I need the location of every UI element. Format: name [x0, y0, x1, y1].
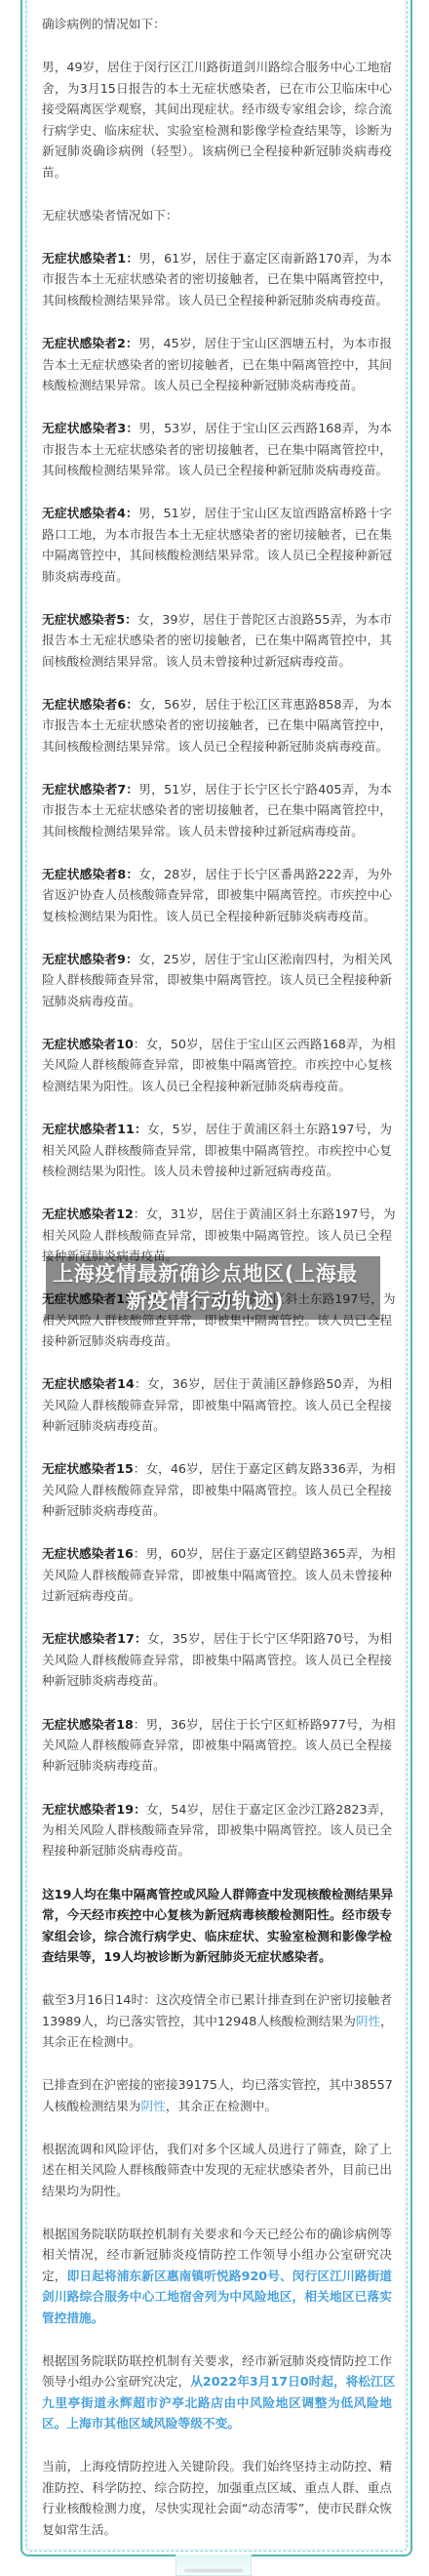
case-label: 无症状感染者9：	[42, 952, 138, 966]
overlay-title-line: 新疫情行动轨迹)	[46, 1288, 365, 1315]
paragraph-text: 女，5岁，居住于黄浦区斜土东路197号，为	[147, 1122, 392, 1136]
text-line: 种新冠肺炎病毒疫苗。	[42, 1500, 392, 1521]
text-line: 常，今天经市疾控中心复核为新冠病毒核酸检测阳性。经市级专	[42, 1904, 392, 1925]
paragraph-text: 程接种新冠肺炎病毒疫苗。	[42, 1843, 190, 1858]
paragraph-text: 种新冠肺炎病毒疫苗。	[42, 1758, 166, 1773]
paragraph-text: 告本土无症状感染者的密切接触者，已在集中隔离管控中，其间	[42, 357, 392, 372]
paragraph-text: 接受隔离医学观察，其间出现症状。经市级专家组会诊，综合流	[42, 102, 392, 116]
text-line: 其余正在检测中。	[42, 2031, 392, 2052]
paragraph-text: 中隔离管控中，其间核酸检测结果异常。该人员已全程接种新冠	[42, 548, 392, 562]
case-label: 无症状感染者5：	[42, 612, 137, 627]
paragraph-text: 为相关风险人群核酸筛查异常，即被集中隔离管控。该人员已全	[42, 1822, 392, 1837]
paragraph-text: 确诊病例的情况如下：	[42, 17, 166, 31]
text-line: 接种新冠肺炎病毒疫苗。	[42, 1330, 392, 1351]
paragraph-text: 路口工地，为本市报告本土无症状感染者的密切接触者，已在集	[42, 527, 392, 542]
paragraph-text: 关风险人群核酸筛查异常，即被集中隔离管控。该人员已全程接	[42, 1398, 392, 1412]
paragraph-text: 市报告本土无症状感染者的密切接触者，已在集中隔离管控中，	[42, 802, 392, 817]
text-line: 相关风险人群核酸筛查异常，即被集中隔离管控。市疾控中心复	[42, 1140, 392, 1161]
paragraph-text: 女，25岁，居住于宝山区淞南四村，为相关风	[138, 952, 392, 966]
case-label: 无症状感染者17：	[42, 1631, 147, 1646]
text-line: 无症状感染者19：女，54岁，居住于嘉定区金沙江路2823弄，	[42, 1799, 392, 1820]
text-line: 家组会诊，综合流行病学史、临床症状、实验室检测和影像学检	[42, 1926, 392, 1946]
case-label: 无症状感染者12	[42, 1206, 134, 1221]
paragraph-text: 报告本土无症状感染者的密切接触者，已在集中隔离管控中，其	[42, 633, 392, 647]
text-line: 其间核酸检测结果异常。该人员已全程接种新冠肺炎病毒疫苗。	[42, 736, 392, 756]
paragraph-text: 种新冠肺炎病毒疫苗。	[42, 1503, 166, 1518]
text-line: 这19人均在集中隔离管控或风险人群筛查中发现核酸检测结果异	[42, 1884, 392, 1904]
confirmed-case-paragraph: 男，49岁，居住于闵行区江川路街道剑川路综合服务中心工地宿舍，为3月15日报告的…	[42, 57, 392, 183]
asymptomatic-case-paragraph: 无症状感染者5：女，39岁，居住于普陀区古浪路55弄，为本市报告本土无症状感染者…	[42, 609, 392, 672]
asymptomatic-case-paragraph: 无症状感染者16：男，60岁，居住于嘉定区鹤望路365弄，为相关风险人群核酸筛查…	[42, 1543, 392, 1606]
emphasis-text: 区。上海市其他区域风险等级不变。	[42, 2416, 240, 2431]
text-line: 查结果等，19人均被诊断为新冠肺炎无症状感染者。	[42, 1946, 392, 1967]
paragraph-text: 人核酸检测结果为	[42, 2099, 141, 2113]
text-line: 无症状感染者10：女，50岁，居住于宝山区云西路168弄，为相	[42, 1034, 392, 1054]
secondary-contacts-paragraph: 已排查到在沪密接的密接39175人，均已落实管控，其中38557人核酸检测结果为…	[42, 2074, 392, 2116]
asymptomatic-case-paragraph: 无症状感染者4：男，51岁，居住于宝山区友谊西路富桥路十字路口工地，为本市报告本…	[42, 503, 392, 587]
paragraph-text: 男，51岁，居住于宝山区友谊西路富桥路十字	[138, 506, 392, 520]
paragraph-text: ：女，46岁，居住于嘉定区鹤友路336弄，为相	[134, 1461, 396, 1476]
text-line: 过新冠病毒疫苗。	[42, 1585, 392, 1606]
text-line: 关风险人群核酸筛查异常，即被集中隔离管控。该人员已全程接	[42, 1650, 392, 1670]
text-line: 确诊病例的情况如下：	[42, 14, 392, 34]
text-line: 间核酸检测结果异常。该人员未曾接种过新冠病毒疫苗。	[42, 651, 392, 672]
asymptomatic-case-paragraph: 无症状感染者17：女，35岁，居住于长宁区华阳路70号，为相关风险人群核酸筛查异…	[42, 1628, 392, 1691]
text-line: 种新冠肺炎病毒疫苗。	[42, 1755, 392, 1776]
emphasis-text: 剑川路综合服务中心工地宿舍列为中风险地区，相关地区已落实	[42, 2289, 392, 2304]
paragraph-text: 肺炎病毒疫苗。	[42, 569, 129, 584]
paragraph-text: 其间核酸检测结果异常。该人员未曾接种过新冠病毒疫苗。	[42, 824, 364, 838]
text-line: 无症状感染者9：女，25岁，居住于宝山区淞南四村，为相关风	[42, 949, 392, 969]
paragraph-text: ：女，36岁，居住于黄浦区静修路50弄，为相	[135, 1376, 392, 1391]
asymptomatic-case-paragraph: 无症状感染者9：女，25岁，居住于宝山区淞南四村，为相关风险人群核酸筛查异常，即…	[42, 949, 392, 1011]
paragraph-text: 新冠肺炎确诊病例（轻型）。该病例已全程接种新冠肺炎病毒疫	[42, 143, 392, 158]
asymptomatic-case-paragraph: 无症状感染者19：女，54岁，居住于嘉定区金沙江路2823弄，为相关风险人群核酸…	[42, 1799, 392, 1861]
text-line: 结果均为阴性。	[42, 2181, 392, 2201]
text-line: 程接种新冠肺炎病毒疫苗。	[42, 1840, 392, 1860]
text-line: 险人群核酸筛查异常，即被集中隔离管控。该人员已全程接种新	[42, 969, 392, 990]
text-line: 苗。	[42, 162, 392, 183]
case-label: 无症状感染者1：	[42, 251, 138, 266]
case-label: 无症状感染者4：	[42, 506, 138, 520]
text-line: 无症状感染者7：男，51岁，居住于长宁区长宁路405弄，为本	[42, 779, 392, 799]
asymptomatic-case-paragraph: 无症状感染者14：女，36岁，居住于黄浦区静修路50弄，为相关风险人群核酸筛查异…	[42, 1373, 392, 1436]
text-line: 其间核酸检测结果异常。该人员已全程接种新冠肺炎病毒疫苗。	[42, 290, 392, 310]
text-line: 剑川路综合服务中心工地宿舍列为中风险地区，相关地区已落实	[42, 2286, 392, 2307]
bold-text: 查结果等，19人均被诊断为新冠肺炎无症状感染者。	[42, 1949, 331, 1964]
paragraph-text: 种新冠肺炎病毒疫苗。	[42, 1418, 166, 1433]
text-line: 告本土无症状感染者的密切接触者，已在集中隔离管控中，其间	[42, 354, 392, 375]
paragraph-text: 其间核酸检测结果异常。该人员已全程接种新冠肺炎病毒疫苗。	[42, 293, 388, 307]
paragraph-text: 苗。	[42, 165, 66, 180]
text-line: 舍，为3月15日报告的本土无症状感染者，已在市公卫临床中心	[42, 78, 392, 99]
text-line: 无症状感染者17：女，35岁，居住于长宁区华阳路70号，为相	[42, 1628, 392, 1649]
paragraph-text: 截至3月16日14时：这次疫情全市已累计排查到在沪密切接触者	[42, 1992, 392, 2007]
asymptomatic-case-paragraph: 无症状感染者11：女，5岁，居住于黄浦区斜土东路197号，为相关风险人群核酸筛查…	[42, 1119, 392, 1181]
paragraph-text: 当前，上海疫情防控进入关键阶段。我们始终坚持主动防控、精	[42, 2459, 392, 2474]
paragraph-text: 其间核酸检测结果异常。该人员已全程接种新冠肺炎病毒疫苗。	[42, 739, 388, 754]
emphasis-text: 从2022年3月17日0时起，将松江区	[190, 2374, 395, 2389]
bold-text: 家组会诊，综合流行病学史、临床症状、实验室检测和影像学检	[42, 1929, 392, 1943]
text-line: 市报告本土无症状感染者的密切接触者，已在集中隔离管控中，	[42, 268, 392, 289]
paragraph-text: 险人群核酸筛查异常，即被集中隔离管控。该人员已全程接种新	[42, 972, 392, 987]
case-label: 无症状感染者16	[42, 1546, 134, 1561]
medium-risk-notice-paragraph: 根据国务院联防联控机制有关要求和今天已经公布的确诊病例等相关情况，经市新冠肺炎疫…	[42, 2224, 392, 2328]
watermark-smudge	[184, 2569, 243, 2572]
bold-text: 常，今天经市疾控中心复核为新冠病毒核酸检测阳性。经市级专	[42, 1907, 392, 1922]
paragraph-text: 男，49岁，居住于闵行区江川路街道剑川路综合服务中心工地宿	[42, 60, 392, 74]
emphasis-text: 即日起将浦东新区惠南镇听悦路920号、闵行区江川路街道	[67, 2269, 392, 2283]
paragraph-text: 市报告本土无症状感染者的密切接触者，已在集中隔离管控中，	[42, 271, 392, 286]
text-line: 路口工地，为本市报告本土无症状感染者的密切接触者，已在集	[42, 524, 392, 545]
case-label: 无症状感染者18	[42, 1717, 134, 1732]
paragraph-text: 女，39岁，居住于普陀区古浪路55弄，为本市	[137, 612, 392, 627]
text-line: 根据国务院联防联控机制有关要求和今天已经公布的确诊病例等	[42, 2224, 392, 2244]
paragraph-text: 男，61岁，居住于嘉定区南新路170弄，为本	[138, 251, 392, 266]
text-line: 关风险人群核酸筛查异常，即被集中隔离管控。市疾控中心复核	[42, 1054, 392, 1075]
text-line: 无症状感染者15：女，46岁，居住于嘉定区鹤友路336弄，为相	[42, 1458, 392, 1479]
text-line: 新冠肺炎确诊病例（轻型）。该病例已全程接种新冠肺炎病毒疫	[42, 141, 392, 161]
paragraph-text: 相关风险人群核酸筛查异常，即被集中隔离管控。市疾控中心复	[42, 1143, 392, 1158]
asymptomatic-case-paragraph: 无症状感染者3：男，53岁，居住于宝山区云西路168弄，为本市报告本土无症状感染…	[42, 418, 392, 480]
paragraph-text: 定，	[42, 2269, 67, 2283]
paragraph-text: 男，45岁，居住于宝山区泗塘五村，为本市报	[138, 336, 392, 350]
text-line: 无症状感染者18：男，36岁，居住于长宁区虹桥路977号，为相	[42, 1714, 392, 1735]
paragraph-text: 领导小组办公室研究决定，	[42, 2374, 190, 2389]
text-line: 行业核酸检测力度，尽快实现社会面“动态清零”，使市民群众恢	[42, 2498, 392, 2518]
text-line: 定，即日起将浦东新区惠南镇听悦路920号、闵行区江川路街道	[42, 2266, 392, 2286]
frame-bottom-tab	[175, 2555, 252, 2576]
paragraph-text: 男，51岁，居住于长宁区长宁路405弄，为本	[138, 782, 392, 797]
text-line: 核酸检测结果异常。该人员已全程接种新冠肺炎病毒疫苗。	[42, 375, 392, 395]
screening-paragraph: 根据流调和风险评估，我们对多个区域人员进行了筛查，除了上述在相关风险人群核酸筛查…	[42, 2139, 392, 2201]
case-label: 无症状感染者7：	[42, 782, 138, 797]
paragraph-text: 核酸检测结果异常。该人员已全程接种新冠肺炎病毒疫苗。	[42, 378, 364, 392]
bold-text: 这19人均在集中隔离管控或风险人群筛查中发现核酸检测结果异	[42, 1887, 393, 1901]
paragraph-text: 关风险人群核酸筛查异常，即被集中隔离管控。该人员已全程接	[42, 1738, 392, 1752]
case-label: 无症状感染者15	[42, 1461, 134, 1476]
asymptomatic-heading-paragraph: 无症状感染者情况如下：	[42, 205, 392, 225]
paragraph-text: 女，28岁，居住于长宁区番禺路222弄，为外	[138, 867, 392, 881]
text-line: 行病学史、临床症状、实验室检测和影像学检查结果等，诊断为	[42, 120, 392, 141]
paragraph-text: 述在相关风险人群核酸筛查中发现的无症状感染者外，目前已出	[42, 2162, 392, 2177]
text-line: 当前，上海疫情防控进入关键阶段。我们始终坚持主动防控、精	[42, 2456, 392, 2476]
paragraph-text: 根据国务院联防联控机制有关要求，经市新冠肺炎疫情防控工作	[42, 2353, 392, 2368]
paragraph-text: 种新冠肺炎病毒疫苗。	[42, 1673, 166, 1688]
text-line: 关风险人群核酸筛查异常，即被集中隔离管控。该人员已全程接	[42, 1735, 392, 1755]
paragraph-text: 其余正在检测中。	[42, 2034, 141, 2049]
paragraph-text: 准防控、科学防控、综合防控，加强重点区域、重点人群、重点	[42, 2480, 392, 2495]
emphasis-text: 管控措施。	[42, 2310, 103, 2325]
case-label: 无症状感染者19：	[42, 1802, 146, 1817]
paragraph-text: 市报告本土无症状感染者的密切接触者，已在集中隔离管控中，	[42, 717, 392, 732]
asymptomatic-case-paragraph: 无症状感染者6：女，56岁，居住于松江区茸惠路858弄，为本市报告本土无症状感染…	[42, 694, 392, 756]
text-line: 复核检测结果为阳性。该人员已全程接种新冠肺炎病毒疫苗。	[42, 906, 392, 926]
paragraph-text: ：男，60岁，居住于嘉定区鹤望路365弄，为相	[134, 1546, 396, 1561]
text-line: 人核酸检测结果为阴性，其余正在检测中。	[42, 2096, 392, 2116]
confirmed-heading-paragraph: 确诊病例的情况如下：	[42, 14, 392, 34]
text-line: 无症状感染者2：男，45岁，居住于宝山区泗塘五村，为本市报	[42, 333, 392, 353]
case-label: 无症状感染者14	[42, 1376, 135, 1391]
case-label: 无症状感染者11：	[42, 1122, 147, 1136]
paragraph-text: 行业核酸检测力度，尽快实现社会面“动态清零”，使市民群众恢	[42, 2501, 392, 2515]
text-line: 无症状感染者4：男，51岁，居住于宝山区友谊西路富桥路十字	[42, 503, 392, 523]
paragraph-text: 关风险人群核酸筛查异常，即被集中隔离管控。该人员已全程接	[42, 1483, 392, 1497]
text-line: 无症状感染者情况如下：	[42, 205, 392, 225]
paragraph-text: 根据流调和风险评估，我们对多个区域人员进行了筛查，除了上	[42, 2142, 392, 2156]
text-line: 13989人，均已落实管控，其中12948人核酸检测结果为阴性，	[42, 2011, 392, 2031]
text-line: 无症状感染者1：男，61岁，居住于嘉定区南新路170弄，为本	[42, 248, 392, 268]
text-line: 准防控、科学防控、综合防控，加强重点区域、重点人群、重点	[42, 2477, 392, 2498]
paragraph-text: 复核检测结果为阳性。该人员已全程接种新冠肺炎病毒疫苗。	[42, 909, 376, 923]
paragraph-text: 女，35岁，居住于长宁区华阳路70号，为相	[147, 1631, 392, 1646]
paragraph-text: 冠肺炎病毒疫苗。	[42, 994, 141, 1008]
asymptomatic-case-paragraph: 无症状感染者2：男，45岁，居住于宝山区泗塘五村，为本市报告本土无症状感染者的密…	[42, 333, 392, 395]
text-line: 九里亭街道永辉超市沪亭北路店由中风险地区调整为低风险地	[42, 2392, 392, 2413]
asymptomatic-case-paragraph: 无症状感染者18：男，36岁，居住于长宁区虹桥路977号，为相关风险人群核酸筛查…	[42, 1714, 392, 1777]
paragraph-text: 结果均为阴性。	[42, 2184, 129, 2198]
closing-paragraph: 当前，上海疫情防控进入关键阶段。我们始终坚持主动防控、精准防控、科学防控、综合防…	[42, 2456, 392, 2540]
text-line: 区。上海市其他区域风险等级不变。	[42, 2413, 392, 2433]
paragraph-text: 过新冠病毒疫苗。	[42, 1588, 141, 1603]
text-line: 种新冠肺炎病毒疫苗。	[42, 1415, 392, 1436]
paragraph-text: 接种新冠肺炎病毒疫苗。	[42, 1333, 178, 1348]
paragraph-text: 其间核酸检测结果异常。该人员已全程接种新冠肺炎病毒疫苗。	[42, 463, 388, 477]
paragraph-text: 检测结果为阳性。该人员已全程接种新冠肺炎病毒疫苗。	[42, 1079, 351, 1093]
case-label: 无症状感染者2：	[42, 336, 138, 350]
paragraph-text: 省返沪协查人员核酸筛查异常，即被集中隔离管控。市疾控中心	[42, 887, 392, 902]
asymptomatic-case-paragraph: 无症状感染者15：女，46岁，居住于嘉定区鹤友路336弄，为相关风险人群核酸筛查…	[42, 1458, 392, 1521]
close-contacts-paragraph: 截至3月16日14时：这次疫情全市已累计排查到在沪密切接触者13989人，均已落…	[42, 1989, 392, 2052]
text-line: 关风险人群核酸筛查异常，即被集中隔离管控。该人员未曾接种	[42, 1565, 392, 1585]
case-label: 无症状感染者8：	[42, 867, 138, 881]
paragraph-text: 关风险人群核酸筛查异常，即被集中隔离管控。该人员未曾接种	[42, 1568, 392, 1582]
text-line: 检测结果为阳性。该人员已全程接种新冠肺炎病毒疫苗。	[42, 1076, 392, 1096]
text-line: 男，49岁，居住于闵行区江川路街道剑川路综合服务中心工地宿	[42, 57, 392, 77]
paragraph-text: 行病学史、临床症状、实验室检测和影像学检查结果等，诊断为	[42, 123, 392, 138]
text-line: 市报告本土无症状感染者的密切接触者，已在集中隔离管控中，	[42, 715, 392, 735]
text-line: 截至3月16日14时：这次疫情全市已累计排查到在沪密切接触者	[42, 1989, 392, 2010]
text-line: 为相关风险人群核酸筛查异常，即被集中隔离管控。该人员已全	[42, 1820, 392, 1840]
text-line: 省返沪协查人员核酸筛查异常，即被集中隔离管控。市疾控中心	[42, 884, 392, 905]
text-line: 根据国务院联防联控机制有关要求，经市新冠肺炎疫情防控工作	[42, 2351, 392, 2371]
paragraph-text: 关风险人群核酸筛查异常，即被集中隔离管控。该人员已全程接	[42, 1653, 392, 1667]
text-line: 市报告本土无症状感染者的密切接触者，已在集中隔离管控中，	[42, 439, 392, 460]
asymptomatic-case-paragraph: 无症状感染者10：女，50岁，居住于宝山区云西路168弄，为相关风险人群核酸筛查…	[42, 1034, 392, 1096]
text-line: 根据流调和风险评估，我们对多个区域人员进行了筛查，除了上	[42, 2139, 392, 2159]
emphasis-text: 九里亭街道永辉超市沪亭北路店由中风险地区调整为低风险地	[42, 2395, 392, 2410]
paragraph-text: 13989人，均已落实管控，其中12948人核酸检测结果为	[42, 2014, 356, 2028]
paragraph-text: 舍，为3月15日报告的本土无症状感染者，已在市公卫临床中心	[42, 81, 392, 96]
text-line: 关风险人群核酸筛查异常，即被集中隔离管控。该人员已全程接	[42, 1395, 392, 1415]
text-line: 无症状感染者3：男，53岁，居住于宝山区云西路168弄，为本	[42, 418, 392, 438]
text-line: 关风险人群核酸筛查异常，即被集中隔离管控。该人员已全程接	[42, 1480, 392, 1500]
paragraph-text: ，其余正在检测中。	[166, 2099, 277, 2113]
paragraph-text: 关风险人群核酸筛查异常，即被集中隔离管控。市疾控中心复核	[42, 1057, 392, 1072]
paragraph-text: 复如常生活。	[42, 2522, 116, 2537]
text-line: 无症状感染者12：女，31岁，居住于黄浦区斜土东路197号，为	[42, 1204, 392, 1224]
text-line: 无症状感染者14：女，36岁，居住于黄浦区静修路50弄，为相	[42, 1373, 392, 1394]
keyword-link[interactable]: 阴性	[356, 2014, 380, 2028]
paragraph-text: 无症状感染者情况如下：	[42, 208, 178, 223]
overlay-title-line: 上海疫情最新确诊点地区(上海最	[46, 1260, 365, 1288]
text-line: 接受隔离医学观察，其间出现症状。经市级专家组会诊，综合流	[42, 99, 392, 119]
asymptomatic-case-paragraph: 无症状感染者1：男，61岁，居住于嘉定区南新路170弄，为本市报告本土无症状感染…	[42, 248, 392, 310]
case-label: 无症状感染者3：	[42, 421, 138, 435]
text-line: 中隔离管控中，其间核酸检测结果异常。该人员已全程接种新冠	[42, 545, 392, 565]
keyword-link[interactable]: 阴性	[141, 2099, 166, 2113]
paragraph-text: ：男，36岁，居住于长宁区虹桥路977号，为相	[134, 1717, 396, 1732]
text-line: 已排查到在沪密接的密接39175人，均已落实管控，其中38557	[42, 2074, 392, 2095]
paragraph-text: 女，54岁，居住于嘉定区金沙江路2823弄，	[146, 1802, 392, 1817]
text-line: 种新冠肺炎病毒疫苗。	[42, 1670, 392, 1691]
text-line: 管控措施。	[42, 2308, 392, 2328]
text-line: 其间核酸检测结果异常。该人员已全程接种新冠肺炎病毒疫苗。	[42, 460, 392, 480]
text-line: 无症状感染者6：女，56岁，居住于松江区茸惠路858弄，为本	[42, 694, 392, 715]
paragraph-text: 女，56岁，居住于松江区茸惠路858弄，为本	[138, 697, 392, 712]
paragraph-text: 根据国务院联防联控机制有关要求和今天已经公布的确诊病例等	[42, 2227, 392, 2241]
text-line: 相关风险人群核酸筛查异常，即被集中隔离管控。该人员已全程	[42, 1225, 392, 1246]
paragraph-text: ：女，50岁，居住于宝山区云西路168弄，为相	[134, 1037, 396, 1051]
text-line: 其间核酸检测结果异常。该人员未曾接种过新冠病毒疫苗。	[42, 821, 392, 841]
text-line: 核检测结果为阳性。该人员未曾接种过新冠病毒疫苗。	[42, 1161, 392, 1181]
text-line: 市报告本土无症状感染者的密切接触者，已在集中隔离管控中，	[42, 799, 392, 820]
text-line: 冠肺炎病毒疫苗。	[42, 991, 392, 1011]
text-line: 报告本土无症状感染者的密切接触者，已在集中隔离管控中，其	[42, 630, 392, 650]
case-label: 无症状感染者6：	[42, 697, 138, 712]
paragraph-text: 男，53岁，居住于宝山区云西路168弄，为本	[138, 421, 392, 435]
text-line: 肺炎病毒疫苗。	[42, 566, 392, 587]
asymptomatic-case-paragraph: 无症状感染者8：女，28岁，居住于长宁区番禺路222弄，为外省返沪协查人员核酸筛…	[42, 864, 392, 926]
summary-paragraph: 这19人均在集中隔离管控或风险人群筛查中发现核酸检测结果异常，今天经市疾控中心复…	[42, 1884, 392, 1968]
paragraph-text: 已排查到在沪密接的密接39175人，均已落实管控，其中38557	[42, 2077, 393, 2092]
paragraph-text: ，	[380, 2014, 393, 2028]
paragraph-text: 间核酸检测结果异常。该人员未曾接种过新冠病毒疫苗。	[42, 654, 351, 669]
asymptomatic-case-paragraph: 无症状感染者7：男，51岁，居住于长宁区长宁路405弄，为本市报告本土无症状感染…	[42, 779, 392, 841]
text-line: 无症状感染者8：女，28岁，居住于长宁区番禺路222弄，为外	[42, 864, 392, 884]
text-line: 无症状感染者5：女，39岁，居住于普陀区古浪路55弄，为本市	[42, 609, 392, 630]
paragraph-text: 核检测结果为阳性。该人员未曾接种过新冠病毒疫苗。	[42, 1164, 339, 1178]
text-line: 领导小组办公室研究决定，从2022年3月17日0时起，将松江区	[42, 2371, 392, 2392]
text-line: 无症状感染者11：女，5岁，居住于黄浦区斜土东路197号，为	[42, 1119, 392, 1139]
paragraph-text: 相关风险人群核酸筛查异常，即被集中隔离管控。该人员已全程	[42, 1228, 392, 1243]
paragraph-text: 相关情况，经市新冠肺炎疫情防控工作领导小组办公室研究决	[42, 2247, 392, 2262]
text-line: 复如常生活。	[42, 2519, 392, 2540]
text-line: 述在相关风险人群核酸筛查中发现的无症状感染者外，目前已出	[42, 2159, 392, 2180]
paragraph-text: 市报告本土无症状感染者的密切接触者，已在集中隔离管控中，	[42, 442, 392, 457]
text-line: 相关情况，经市新冠肺炎疫情防控工作领导小组办公室研究决	[42, 2244, 392, 2265]
text-line: 无症状感染者16：男，60岁，居住于嘉定区鹤望路365弄，为相	[42, 1543, 392, 1564]
case-label: 无症状感染者10	[42, 1037, 134, 1051]
risk-downgrade-notice-paragraph: 根据国务院联防联控机制有关要求，经市新冠肺炎疫情防控工作领导小组办公室研究决定，…	[42, 2351, 392, 2434]
paragraph-text: ：女，31岁，居住于黄浦区斜土东路197号，为	[134, 1206, 396, 1221]
title-overlay-banner: 上海疫情最新确诊点地区(上海最 新疫情行动轨迹)	[46, 1256, 380, 1320]
